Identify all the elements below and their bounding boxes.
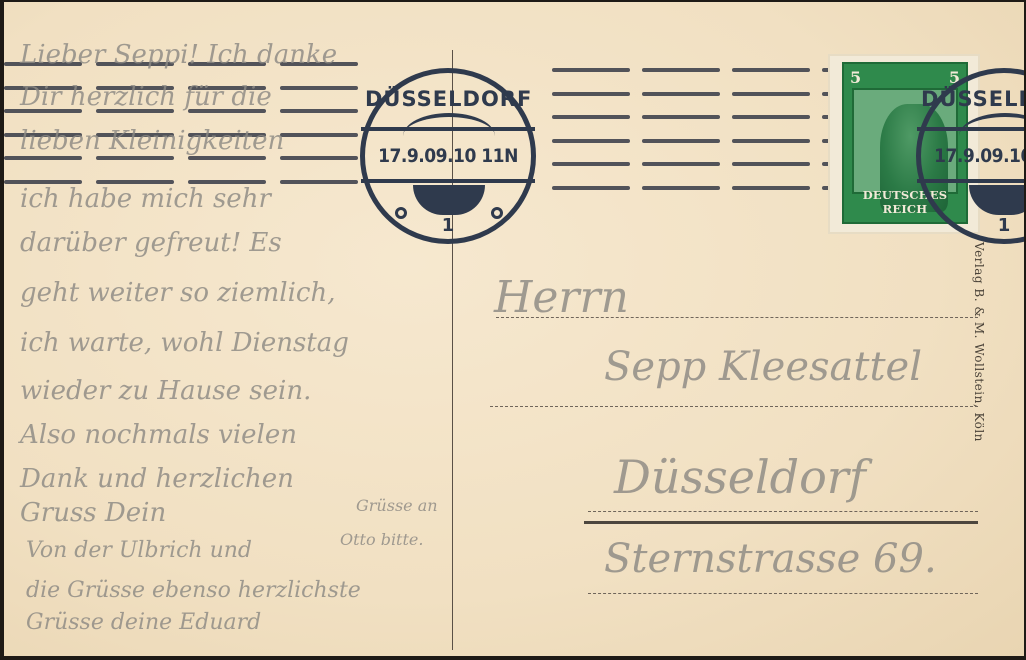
cancellation-bar	[732, 68, 810, 72]
postmark-date: 17.9.09.10 11N	[921, 145, 1024, 167]
postmark-bowl-ornament	[413, 185, 485, 215]
cancellation-bar	[96, 156, 174, 160]
postmark-right: DÜSSELDORF 17.9.09.10 11N 1	[916, 68, 1024, 244]
cancellation-bar	[642, 186, 720, 190]
cancellation-bar	[552, 186, 630, 190]
message-line: Also nochmals vielen	[20, 420, 297, 450]
cancellation-bar	[552, 92, 630, 96]
message-line: lieben Kleinigkeiten	[20, 126, 284, 156]
postmark-left: DÜSSELDORF 17.9.09.10 11N 1	[360, 68, 536, 244]
cancellation-bar	[96, 180, 174, 184]
address-line	[588, 511, 978, 512]
cancellation-bar	[280, 109, 358, 113]
message-line: Dank und herzlichen	[20, 464, 294, 494]
cancellation-bar	[732, 92, 810, 96]
message-line: Von der Ulbrich und	[26, 538, 252, 563]
postmark-band-bottom	[917, 179, 1024, 183]
address-street: Sternstrasse 69.	[604, 536, 937, 582]
address-line	[490, 406, 978, 407]
message-line: Grüsse deine Eduard	[26, 610, 261, 635]
cancellation-bar	[732, 186, 810, 190]
cancellation-bar	[642, 92, 720, 96]
cancellation-bar	[280, 180, 358, 184]
cancellation-bar	[280, 86, 358, 90]
cancellation-bar	[280, 156, 358, 160]
postmark-band-top	[361, 127, 535, 131]
address-city: Düsseldorf	[614, 450, 866, 504]
stamp-denomination-left: 5	[850, 68, 861, 87]
postmark-band-top	[917, 127, 1024, 131]
cancellation-bar	[732, 162, 810, 166]
cancellation-bar	[4, 180, 82, 184]
cancellation-bar	[642, 115, 720, 119]
postmark-date: 17.9.09.10 11N	[365, 145, 531, 167]
message-line: wieder zu Hause sein.	[20, 376, 311, 406]
message-line: Dir herzlich für die	[20, 82, 272, 112]
cancellation-bar	[642, 162, 720, 166]
cancellation-bar	[188, 180, 266, 184]
postmark-office-number: 1	[921, 215, 1024, 236]
address-line	[588, 593, 978, 594]
postmark-office-number: 1	[365, 215, 531, 236]
cancellation-bar	[4, 156, 82, 160]
cancellation-bar	[188, 156, 266, 160]
message-line: die Grüsse ebenso herzlichste	[26, 578, 361, 603]
message-line: Lieber Seppi! Ich danke	[20, 40, 337, 70]
message-line: ich habe mich sehr	[20, 184, 271, 214]
address-salutation: Herrn	[494, 272, 629, 323]
cancellation-bar	[280, 133, 358, 137]
address-name: Sepp Kleesattel	[604, 344, 922, 390]
message-line: ich warte, wohl Dienstag	[20, 328, 349, 358]
address-rule	[584, 521, 978, 524]
postcard-back: Lieber Seppi! Ich dankeDir herzlich für …	[4, 2, 1024, 656]
postmark-town: DÜSSELDORF	[921, 87, 1024, 111]
cancellation-bar	[552, 162, 630, 166]
postscript-line: Otto bitte.	[340, 530, 423, 549]
postmark-bowl-ornament	[969, 185, 1024, 215]
message-line: Gruss Dein	[20, 498, 166, 528]
cancellation-bar	[552, 115, 630, 119]
cancellation-bar	[552, 68, 630, 72]
cancellation-bar	[732, 115, 810, 119]
cancellation-bar	[732, 139, 810, 143]
cancellation-bar	[552, 139, 630, 143]
cancellation-bar	[642, 139, 720, 143]
message-line: geht weiter so ziemlich,	[20, 278, 336, 308]
message-line: darüber gefreut! Es	[20, 228, 282, 258]
cancellation-bar	[642, 68, 720, 72]
postmark-band-bottom	[361, 179, 535, 183]
publisher-imprint: Verlag B. & M. Wollstein, Köln	[972, 242, 986, 442]
postmark-town: DÜSSELDORF	[365, 87, 531, 111]
postscript-line: Grüsse an	[356, 496, 438, 515]
card-divider-dashed	[452, 472, 453, 642]
